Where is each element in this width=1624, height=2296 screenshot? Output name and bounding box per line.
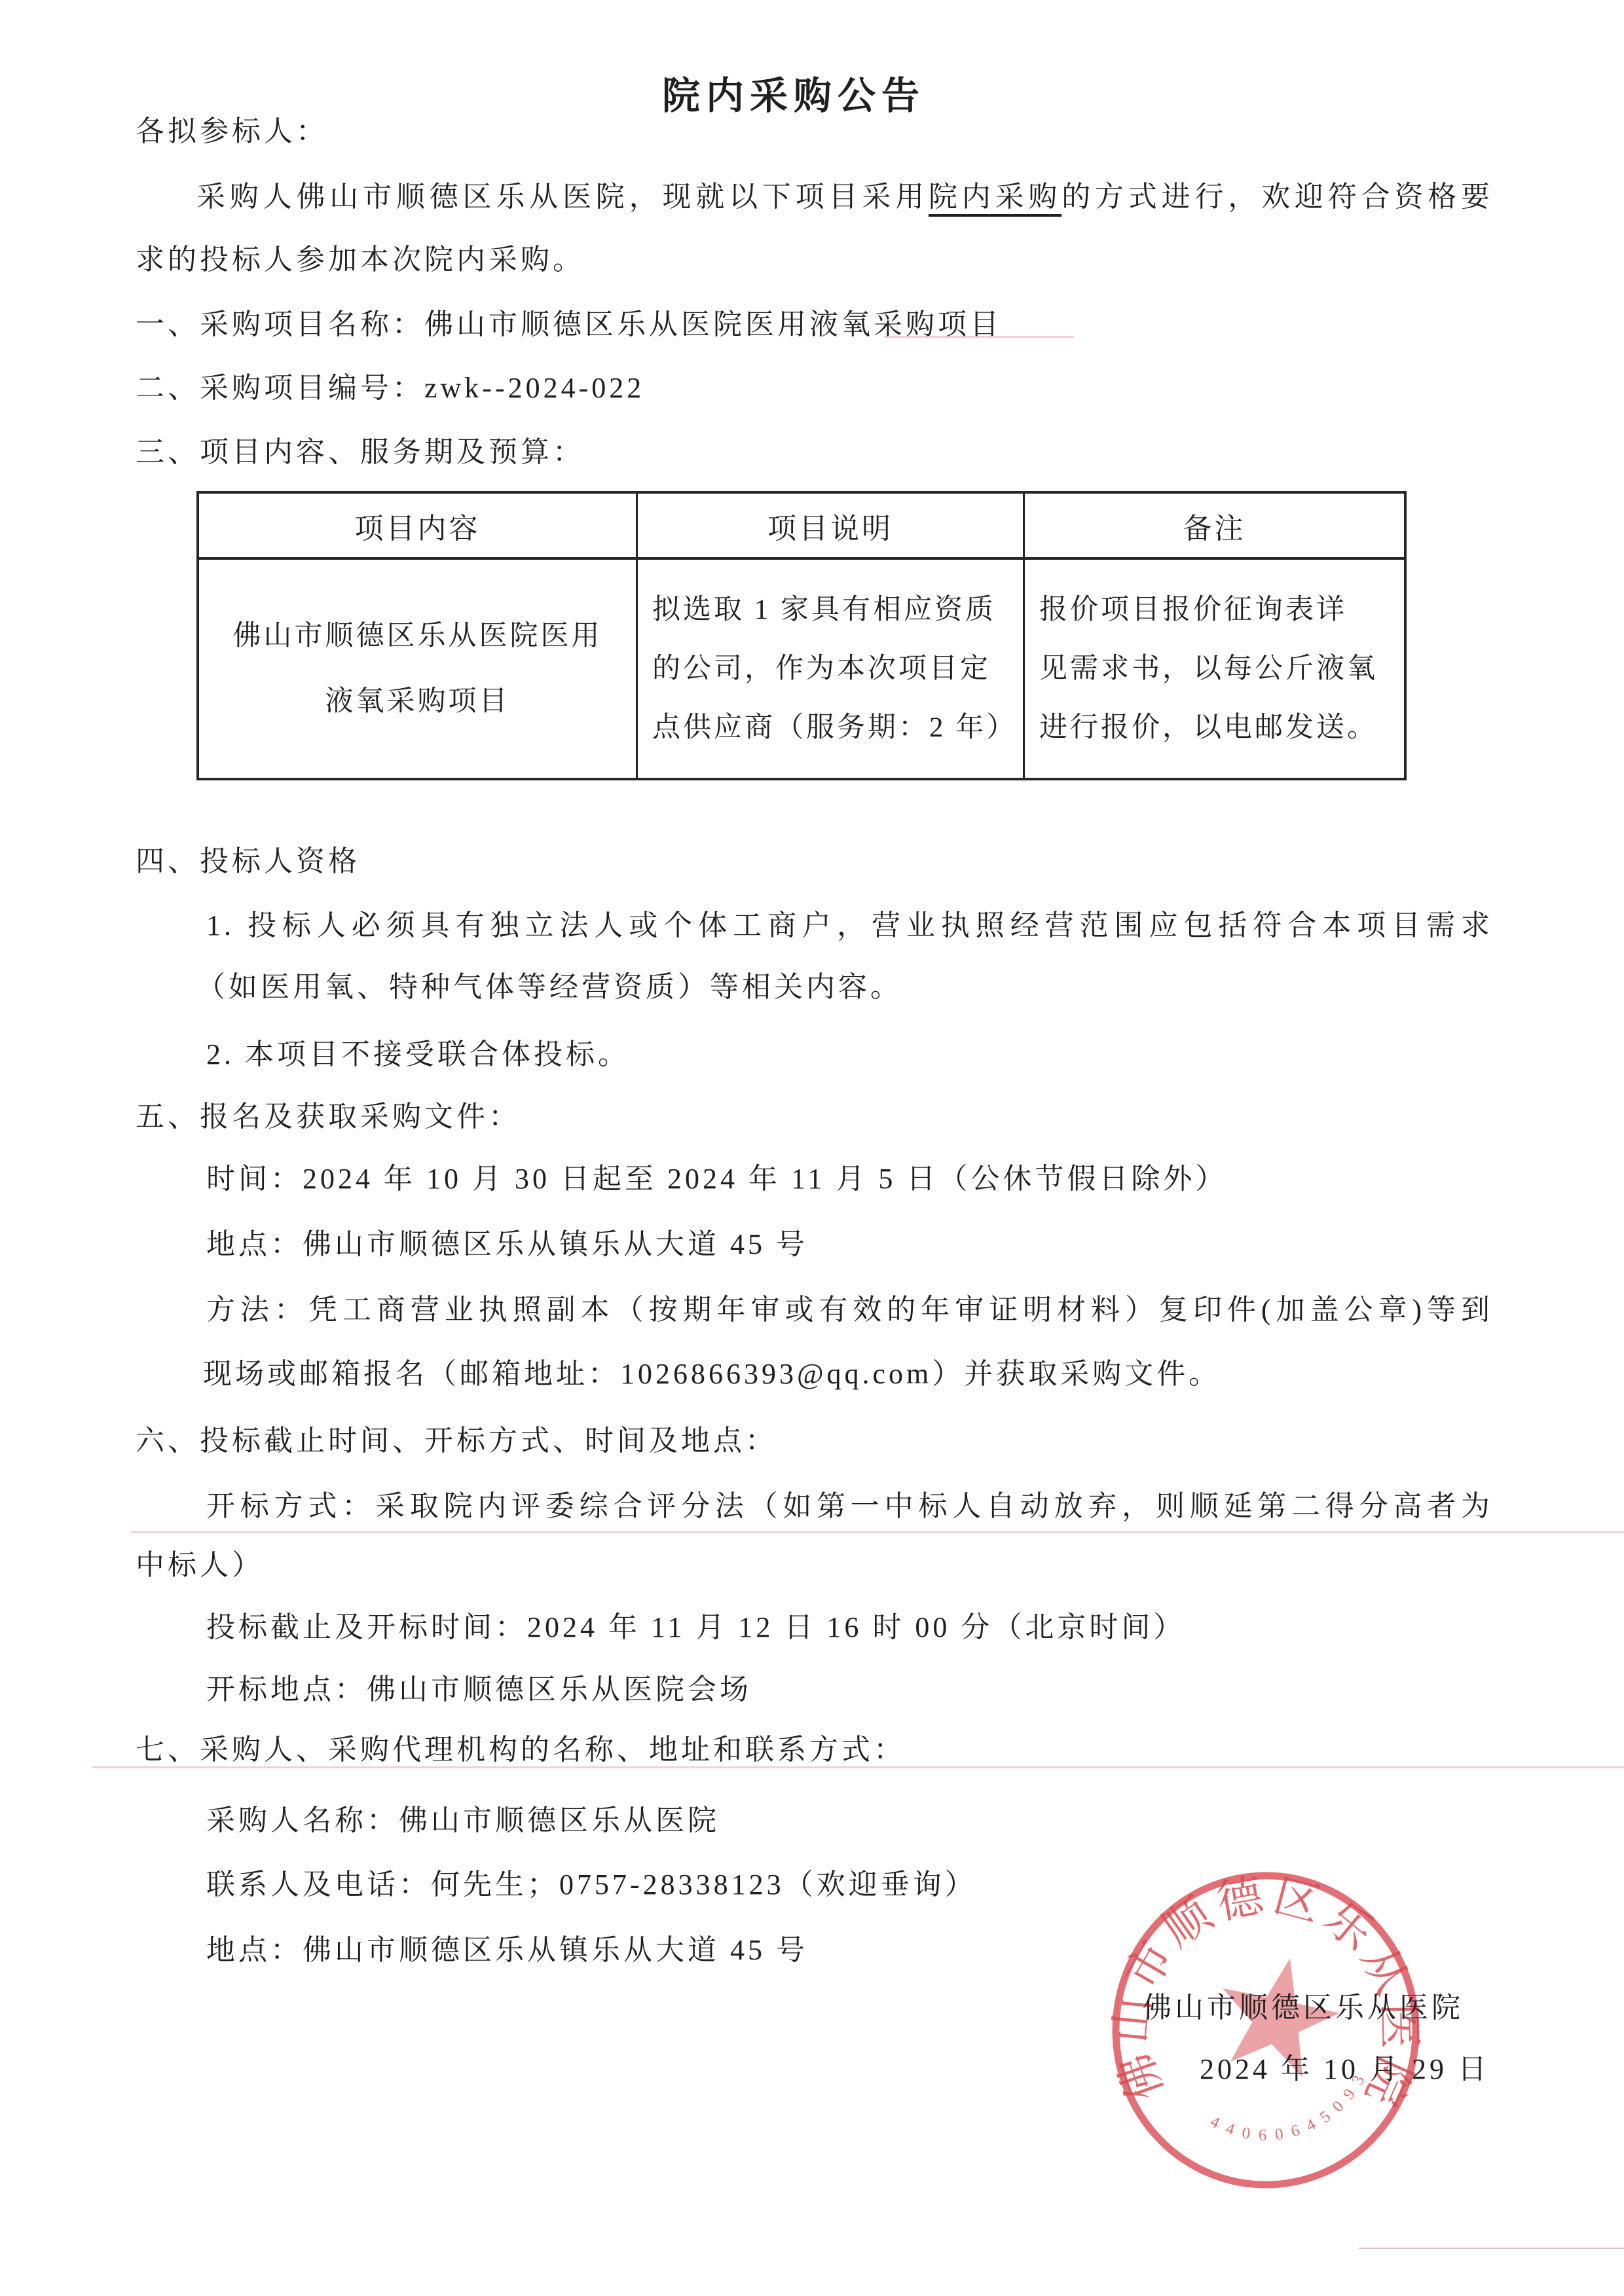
intro-line-1: 采购人佛山市顺德区乐从医院，现就以下项目采用院内采购的方式进行，欢迎符合资格要 <box>196 165 1493 228</box>
section4-heading: 四、投标人资格 <box>136 829 360 893</box>
section6-open-method: 开标方式：采取院内评委综合评分法（如第一中标人自动放弃，则顺延第二得分高者为 <box>206 1474 1493 1538</box>
table-cell-remark-line: 见需求书，以每公斤液氧 <box>1039 640 1378 699</box>
project-table: 项目内容 项目说明 备注 佛山市顺德区乐从医院医用 液氧采购项目 拟选取 1 家… <box>196 491 1407 780</box>
scan-artifact-line <box>1359 2248 1624 2249</box>
table-cell-content-line: 佛山市顺德区乐从医院医用 <box>233 604 602 669</box>
section7-buyer: 采购人名称：佛山市顺德区乐从医院 <box>206 1789 720 1852</box>
table-cell-content-line: 液氧采购项目 <box>325 669 510 735</box>
section7-heading: 七、采购人、采购代理机构的名称、地址和联系方式： <box>136 1718 906 1781</box>
salutation: 各拟参标人： <box>136 100 328 163</box>
section6-open-place: 开标地点：佛山市顺德区乐从医院会场 <box>206 1658 752 1721</box>
section4-point1: 1. 投标人必须具有独立法人或个体工商户，营业执照经营范围应包括符合本项目需求 <box>206 894 1493 957</box>
section4-point2: 2. 本项目不接受联合体投标。 <box>206 1023 630 1086</box>
item-project-name: 一、采购项目名称：佛山市顺德区乐从医院医用液氧采购项目 <box>136 293 1002 356</box>
table-cell-description-line: 拟选取 1 家具有相应资质 <box>652 581 996 640</box>
table-cell-description: 拟选取 1 家具有相应资质 的公司，作为本次项目定 点供应商（服务期：2 年） <box>636 560 1023 778</box>
document-page: 院内采购公告 各拟参标人： 采购人佛山市顺德区乐从医院，现就以下项目采用院内采购… <box>0 0 1624 2296</box>
table-header-description: 项目说明 <box>636 494 1023 560</box>
section6-deadline: 投标截止及开标时间：2024 年 11 月 12 日 16 时 00 分（北京时… <box>206 1595 1185 1659</box>
signature-organization: 佛山市顺德区乐从医院 <box>1143 1976 1464 2039</box>
table-cell-description-line: 点供应商（服务期：2 年） <box>652 699 1016 757</box>
intro-underlined-term: 院内采购 <box>929 181 1061 213</box>
section7-contact: 联系人及电话：何先生；0757-28338123（欢迎垂询） <box>206 1853 977 1916</box>
section6-heading: 六、投标截止时间、开标方式、时间及地点： <box>136 1409 777 1472</box>
table-cell-remark: 报价项目报价征询表详 见需求书，以每公斤液氧 进行报价，以电邮发送。 <box>1023 560 1404 778</box>
table-header-content: 项目内容 <box>199 494 636 560</box>
intro-line-1-post: 的方式进行，欢迎符合资格要 <box>1061 181 1493 213</box>
section7-address: 地点：佛山市顺德区乐从镇乐从大道 45 号 <box>206 1918 808 1982</box>
section6-open-method-cont: 中标人） <box>136 1533 264 1597</box>
item-project-number: 二、采购项目编号：zwk--2024-022 <box>136 356 644 420</box>
section5-place: 地点：佛山市顺德区乐从镇乐从大道 45 号 <box>206 1212 808 1276</box>
table-cell-description-line: 的公司，作为本次项目定 <box>652 640 991 699</box>
intro-line-1-pre: 采购人佛山市顺德区乐从医院，现就以下项目采用 <box>196 181 929 213</box>
section5-heading: 五、报名及获取采购文件： <box>136 1085 521 1148</box>
signature-date: 2024 年 10 月 29 日 <box>1200 2037 1490 2101</box>
table-cell-content: 佛山市顺德区乐从医院医用 液氧采购项目 <box>199 560 636 778</box>
section5-time: 时间：2024 年 10 月 30 日起至 2024 年 11 月 5 日（公休… <box>206 1147 1227 1211</box>
table-cell-remark-line: 进行报价，以电邮发送。 <box>1039 699 1378 757</box>
section5-method-cont: 现场或邮箱报名（邮箱地址：1026866393@qq.com）并获取采购文件。 <box>203 1342 1221 1406</box>
section5-method: 方法：凭工商营业执照副本（按期年审或有效的年审证明材料）复印件(加盖公章)等到 <box>206 1278 1493 1341</box>
table-cell-remark-line: 报价项目报价征询表详 <box>1039 581 1347 640</box>
intro-line-2: 求的投标人参加本次院内采购。 <box>136 228 585 291</box>
section4-point1-cont: （如医用氧、特种气体等经营资质）等相关内容。 <box>196 955 902 1019</box>
item-project-content-heading: 三、项目内容、服务期及预算： <box>136 420 585 484</box>
table-header-remark: 备注 <box>1023 494 1404 560</box>
